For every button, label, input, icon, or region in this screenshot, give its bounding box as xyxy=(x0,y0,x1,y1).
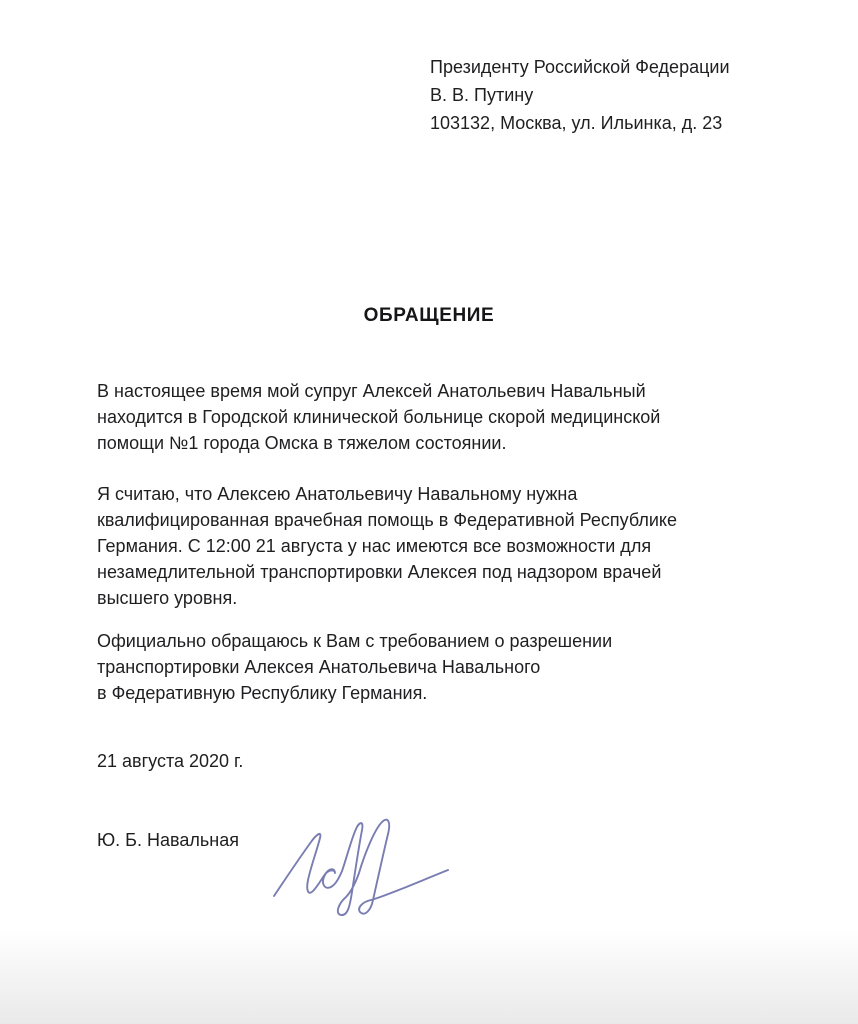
recipient-block: Президенту Российской Федерации В. В. Пу… xyxy=(430,53,730,137)
recipient-line: В. В. Путину xyxy=(430,81,730,109)
handwritten-signature-image xyxy=(264,812,456,930)
paragraph-2: Я считаю, что Алексею Анатольевичу Навал… xyxy=(97,481,677,611)
paragraph-line: в Федеративную Республику Германия. xyxy=(97,680,612,706)
paragraph-line: Я считаю, что Алексею Анатольевичу Навал… xyxy=(97,481,677,507)
paragraph-line: квалифицированная врачебная помощь в Фед… xyxy=(97,507,677,533)
page-bottom-shade xyxy=(0,929,858,1024)
paragraph-1: В настоящее время мой супруг Алексей Ана… xyxy=(97,378,660,456)
paragraph-line: незамедлительной транспортировки Алексея… xyxy=(97,559,677,585)
letter-title: ОБРАЩЕНИЕ xyxy=(0,302,858,330)
letter-document: Президенту Российской Федерации В. В. Пу… xyxy=(0,0,858,1024)
letter-date: 21 августа 2020 г. xyxy=(97,748,243,774)
signer-name: Ю. Б. Навальная xyxy=(97,827,239,853)
paragraph-line: В настоящее время мой супруг Алексей Ана… xyxy=(97,378,660,404)
paragraph-line: Германия. С 12:00 21 августа у нас имеют… xyxy=(97,533,677,559)
recipient-line: Президенту Российской Федерации xyxy=(430,53,730,81)
signature-ink-stroke xyxy=(274,820,448,915)
paragraph-line: помощи №1 города Омска в тяжелом состоян… xyxy=(97,430,660,456)
recipient-line: 103132, Москва, ул. Ильинка, д. 23 xyxy=(430,109,730,137)
paragraph-line: высшего уровня. xyxy=(97,585,677,611)
paragraph-line: Официально обращаюсь к Вам с требованием… xyxy=(97,628,612,654)
paragraph-line: находится в Городской клинической больни… xyxy=(97,404,660,430)
paragraph-line: транспортировки Алексея Анатольевича Нав… xyxy=(97,654,612,680)
paragraph-3: Официально обращаюсь к Вам с требованием… xyxy=(97,628,612,706)
